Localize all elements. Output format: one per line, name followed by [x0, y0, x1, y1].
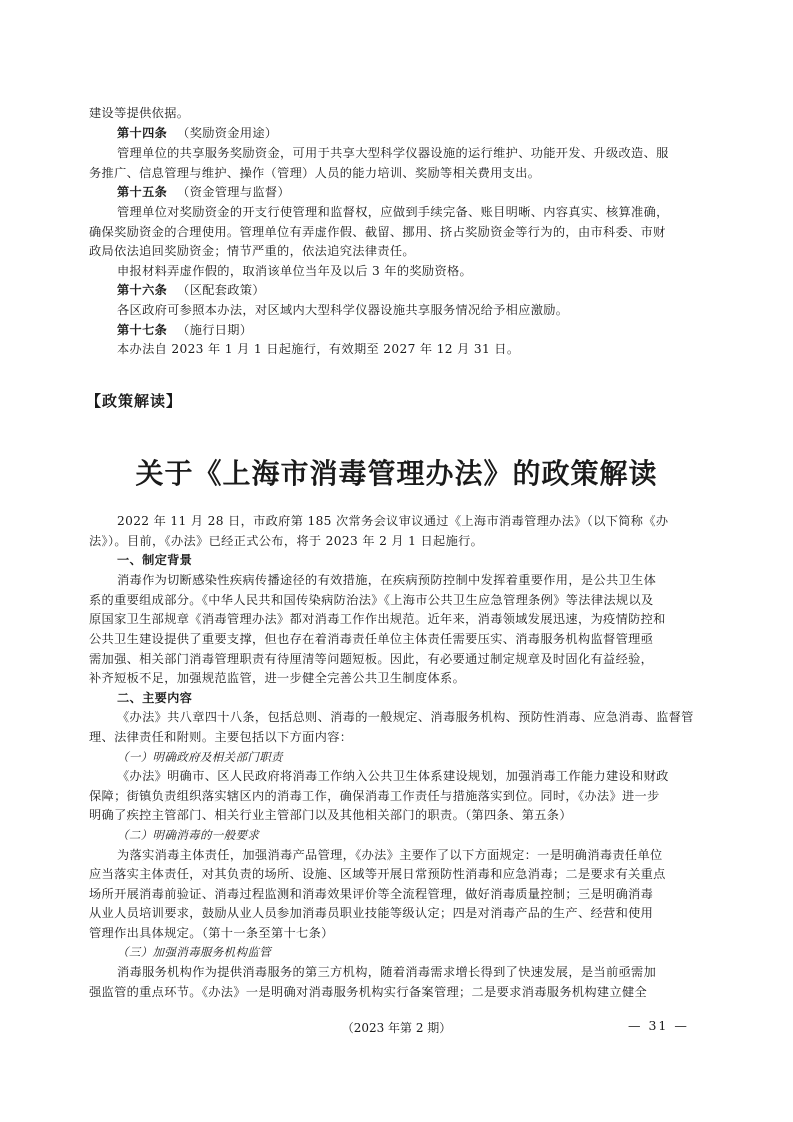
text-line: 务推广、信息管理与维护、操作（管理）人员的能力培训、奖励等相关费用支出。 — [89, 165, 704, 181]
article-title: （资金管理与监督） — [177, 185, 290, 199]
article-heading: 第十六条（区配套政策） — [117, 282, 704, 298]
section-heading: 二、主要内容 — [117, 690, 704, 706]
article-heading: 第十七条（施行日期） — [117, 322, 704, 338]
text-line: 系的重要组成部分。《中华人民共和国传染病防治法》《上海市公共卫生应急管理条例》等… — [89, 592, 704, 608]
text-line: 明确了疾控主管部门、相关行业主管部门以及其他相关部门的职责。（第四条、第五条） — [89, 807, 704, 823]
text-line: 理、法律责任和附则。主要包括以下方面内容： — [89, 729, 704, 745]
text-line: 消毒作为切断感染性疾病传播途径的有效措施，在疾病预防控制中发挥着重要作用，是公共… — [117, 572, 704, 588]
text-line: 消毒服务机构作为提供消毒服务的第三方机构，随着消毒需求增长得到了快速发展，是当前… — [117, 964, 704, 980]
text-line: 需加强、相关部门消毒管理职责有待厘清等问题短板。因此，有必要通过制定规章及时固化… — [89, 651, 704, 667]
text-line: 为落实消毒主体责任，加强消毒产品管理，《办法》主要作了以下方面规定：一是明确消毒… — [117, 847, 704, 863]
page-number: — 31 — — [628, 1018, 689, 1033]
text-line: 本办法自 2023 年 1 月 1 日起施行，有效期至 2027 年 12 月 … — [117, 341, 704, 357]
text-line: 场所开展消毒前验证、消毒过程监测和消毒效果评价等全流程管理，做好消毒质量控制；三… — [89, 886, 704, 902]
subsection-heading: （二）明确消毒的一般要求 — [117, 827, 704, 843]
text-line: 公共卫生建设提供了重要支撑，但也存在着消毒责任单位主体责任需要压实、消毒服务机构… — [89, 631, 704, 647]
article-number: 第十六条 — [117, 283, 167, 297]
text-line: 管理作出具体规定。（第十一条至第十七条） — [89, 925, 704, 941]
text-line: 管理单位对奖励资金的开支行使管理和监督权，应做到手续完备、账目明晰、内容真实、核… — [117, 204, 704, 220]
page-title: 关于《上海市消毒管理办法》的政策解读 — [0, 452, 793, 492]
article-number: 第十七条 — [117, 323, 167, 337]
text-line: 管理单位的共享服务奖励资金，可用于共享大型科学仪器设施的运行维护、功能开发、升级… — [117, 145, 704, 161]
text-line: 原国家卫生部规章《消毒管理办法》都对消毒工作作出规范。近年来，消毒领域发展迅速，… — [89, 611, 704, 627]
article-title: （区配套政策） — [177, 283, 265, 297]
document-page: 建设等提供依据。 第十四条（奖励资金用途） 管理单位的共享服务奖励资金，可用于共… — [0, 0, 793, 1122]
text-line: 确保奖励资金的合理使用。管理单位有弄虚作假、截留、挪用、挤占奖励资金等行为的，由… — [89, 224, 704, 240]
article-title: （施行日期） — [177, 323, 252, 337]
text-line: 各区政府可参照本办法，对区域内大型科学仪器设施共享服务情况给予相应激励。 — [117, 302, 704, 318]
section-tag: 【政策解读】 — [86, 390, 182, 411]
article-number: 第十四条 — [117, 126, 167, 140]
text-line: 政局依法追回奖励资金；情节严重的，依法追究法律责任。 — [89, 243, 704, 259]
article-number: 第十五条 — [117, 185, 167, 199]
text-line: 法》）。目前，《办法》已经正式公布，将于 2023 年 2 月 1 日起施行。 — [89, 533, 704, 549]
text-line: 保障；街镇负责组织落实辖区内的消毒工作，确保消毒工作责任与措施落实到位。同时，《… — [89, 788, 704, 804]
subsection-heading: （一）明确政府及相关部门职责 — [117, 749, 704, 765]
text-line: 《办法》明确市、区人民政府将消毒工作纳入公共卫生体系建设规划，加强消毒工作能力建… — [117, 768, 704, 784]
article-heading: 第十四条（奖励资金用途） — [117, 125, 704, 141]
text-line: 2022 年 11 月 28 日，市政府第 185 次常务会议审议通过《上海市消… — [117, 513, 704, 529]
text-line: 建设等提供依据。 — [89, 105, 704, 121]
article-heading: 第十五条（资金管理与监督） — [117, 184, 704, 200]
text-line: 补齐短板不足，加强规范监管，进一步健全完善公共卫生制度体系。 — [89, 670, 704, 686]
text-line: 申报材料弄虚作假的，取消该单位当年及以后 3 年的奖励资格。 — [117, 263, 704, 279]
text-line: 从业人员培训要求，鼓励从业人员参加消毒员职业技能等级认定；四是对消毒产品的生产、… — [89, 905, 704, 921]
text-line: 《办法》共八章四十八条，包括总则、消毒的一般规定、消毒服务机构、预防性消毒、应急… — [117, 709, 704, 725]
text-line: 强监管的重点环节。《办法》一是明确对消毒服务机构实行备案管理；二是要求消毒服务机… — [89, 984, 704, 1000]
text-line: 应当落实主体责任，对其负责的场所、设施、区域等开展日常预防性消毒和应急消毒；二是… — [89, 866, 704, 882]
article-title: （奖励资金用途） — [177, 126, 277, 140]
section-heading: 一、制定背景 — [117, 552, 704, 568]
subsection-heading: （三）加强消毒服务机构监管 — [117, 944, 704, 960]
